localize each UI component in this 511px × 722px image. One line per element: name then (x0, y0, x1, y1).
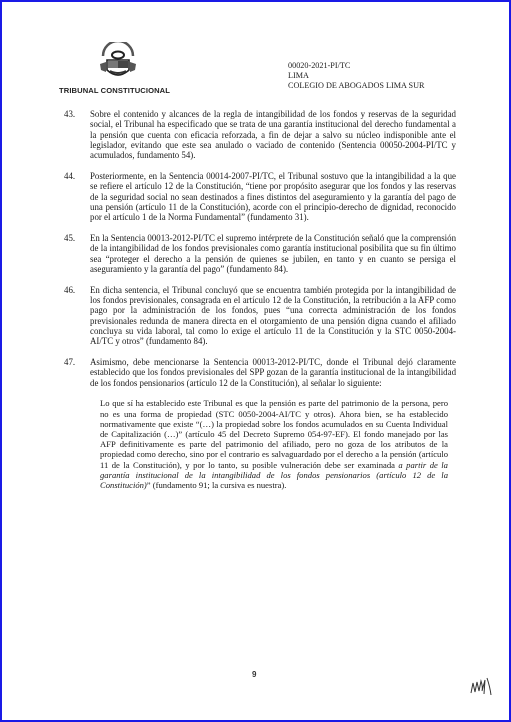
paragraph-text: Sobre el contenido y alcances de la regl… (90, 109, 456, 160)
paragraph-number: 45. (64, 233, 75, 243)
paragraph-text: En la Sentencia 00013-2012-PI/TC el supr… (90, 233, 456, 274)
paragraph-text: Posteriormente, en la Sentencia 00014-20… (90, 171, 456, 222)
paragraph-number: 43. (64, 109, 75, 119)
paragraph-43: 43. Sobre el contenido y alcances de la … (64, 109, 456, 161)
page-number: 9 (252, 670, 256, 679)
paragraph-text: En dicha sentencia, el Tribunal concluyó… (90, 285, 456, 347)
document-body: 43. Sobre el contenido y alcances de la … (64, 109, 456, 490)
quote-text: Lo que sí ha establecido este Tribunal e… (100, 398, 448, 469)
document-page: TRIBUNAL CONSTITUCIONAL 00020-2021-PI/TC… (0, 0, 511, 722)
coat-of-arms-icon (97, 42, 139, 82)
paragraph-text: Asimismo, debe mencionarse la Sentencia … (90, 357, 456, 388)
signature-initials-icon (470, 675, 492, 697)
case-location: LIMA (288, 71, 424, 81)
paragraph-47: 47. Asimismo, debe mencionarse la Senten… (64, 357, 456, 388)
page-header: TRIBUNAL CONSTITUCIONAL 00020-2021-PI/TC… (2, 2, 509, 102)
case-number: 00020-2021-PI/TC (288, 61, 424, 71)
paragraph-46: 46. En dicha sentencia, el Tribunal conc… (64, 285, 456, 347)
paragraph-number: 44. (64, 171, 75, 181)
paragraph-number: 47. (64, 357, 75, 367)
quote-citation: ” (fundamento 91; la cursiva es nuestra)… (147, 480, 287, 490)
case-info: 00020-2021-PI/TC LIMA COLEGIO DE ABOGADO… (288, 61, 424, 91)
case-party: COLEGIO DE ABOGADOS LIMA SUR (288, 81, 424, 91)
paragraph-44: 44. Posteriormente, en la Sentencia 0001… (64, 171, 456, 223)
paragraph-number: 46. (64, 285, 75, 295)
paragraph-45: 45. En la Sentencia 00013-2012-PI/TC el … (64, 233, 456, 274)
block-quote: Lo que sí ha establecido este Tribunal e… (100, 398, 448, 490)
institution-name: TRIBUNAL CONSTITUCIONAL (59, 86, 170, 95)
